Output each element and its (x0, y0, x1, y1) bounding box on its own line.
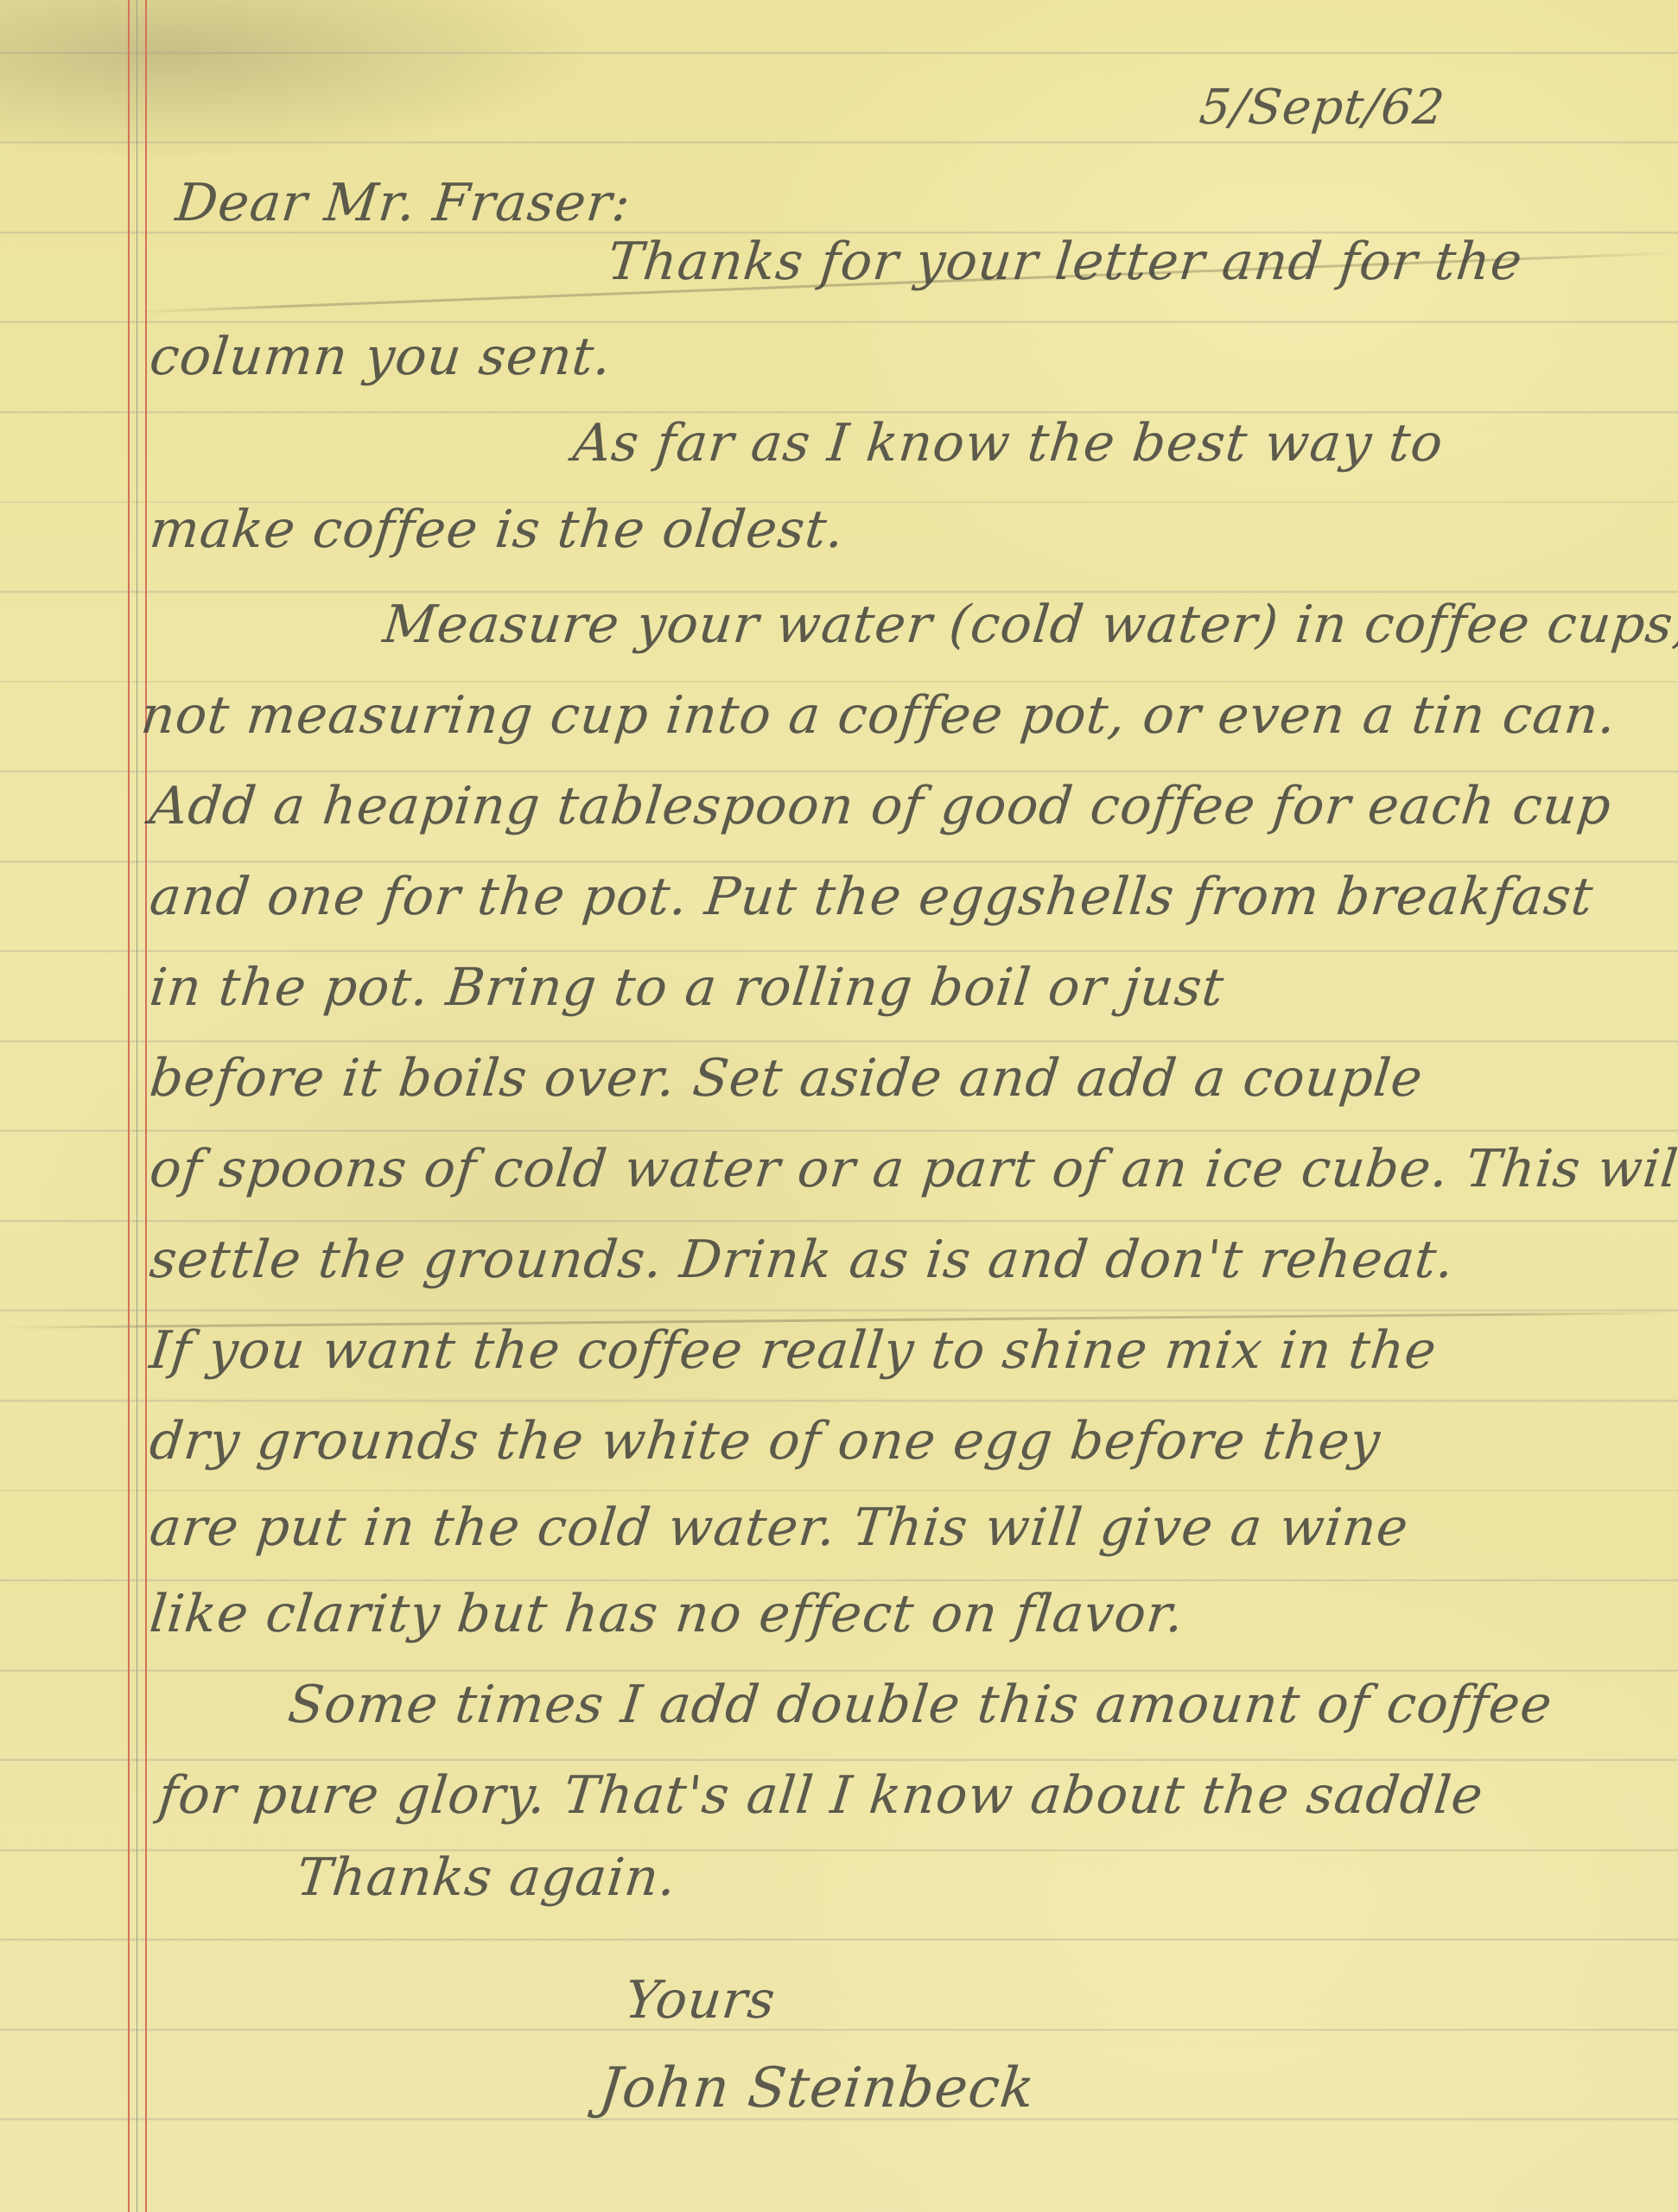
margin-line (128, 0, 130, 2212)
letter-line: Some times I add double this amount of c… (285, 1675, 1555, 1735)
letter-line: for pure glory. That's all I know about … (156, 1765, 1486, 1826)
letter-line: of spoons of cold water or a part of an … (147, 1139, 1678, 1199)
letter-line: not measuring cup into a coffee pot, or … (138, 685, 1619, 746)
letter-line: are put in the cold water. This will giv… (147, 1497, 1412, 1558)
letter-line: If you want the coffee really to shine m… (147, 1320, 1440, 1381)
letter-line: Thanks for your letter and for the (605, 232, 1526, 292)
letter-line: make coffee is the oldest. (147, 499, 848, 560)
letter-line: Add a heaping tablespoon of good coffee … (147, 776, 1614, 836)
letter-line: dry grounds the white of one egg before … (147, 1411, 1383, 1471)
letter-closing: Yours (622, 1970, 779, 2031)
margin-line (137, 0, 137, 2212)
letter-line: Thanks again. (294, 1847, 680, 1908)
letter-signature: John Steinbeck (596, 2056, 1038, 2120)
letter-line: and one for the pot. Put the eggshells f… (147, 867, 1596, 927)
letter-line: Measure your water (cold water) in coffe… (380, 594, 1678, 655)
letter-line: before it boils over. Set aside and add … (147, 1048, 1426, 1109)
letter-line: As far as I know the best way to (570, 413, 1446, 474)
letter-line: column you sent. (147, 327, 614, 387)
letter-date: 5/Sept/62 (1197, 79, 1447, 136)
letter-line: like clarity but has no effect on flavor… (147, 1584, 1187, 1644)
letter-line: settle the grounds. Drink as is and don'… (147, 1230, 1458, 1290)
letter-line: in the pot. Bring to a rolling boil or j… (147, 957, 1227, 1018)
letter-salutation: Dear Mr. Fraser: (173, 173, 633, 233)
